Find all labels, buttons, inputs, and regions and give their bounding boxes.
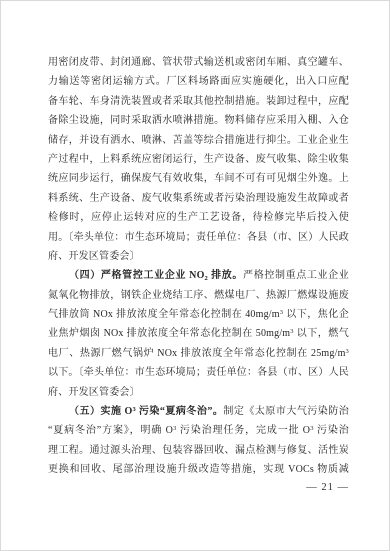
text-line: 备车轮、车身清洗装置或者采取其他控制措施。装卸过程中，应配: [48, 92, 349, 111]
text-segment: 以下。〔牵头单位：市生态环境局；责任单位：各县（市、区）人民政: [48, 367, 349, 382]
text-segment: 污染治理任务，完成一批 O: [177, 425, 311, 436]
text-line: 料系统、生产设备、废气收集系统或者污染治理设施发生故障或者: [48, 189, 349, 208]
text-line: 理工程。通过源头治理、包装容器回收、漏点检测与修复、活性炭: [48, 441, 349, 460]
text-segment: 产过程中，上料系统应密闭运行，生产设备、废气收集、除尘收集系: [48, 154, 349, 169]
text-line: 府、开发区管委会〕: [48, 383, 349, 402]
text-segment: 更换和回收、尾部治理设施升级改造等措施，实现 VOCs 物质减: [48, 464, 349, 475]
text-segment: 3: [346, 348, 349, 355]
text-segment: 制定《太原市大气污染防治: [223, 406, 349, 417]
text-segment: 府、开发区管委会〕: [48, 251, 140, 262]
text-line: （四）严格管控工业企业 NO2 排放。严格控制重点工业企业: [48, 266, 349, 285]
text-segment: （四）严格管控工业企业 NO: [69, 270, 205, 281]
text-line: 府、开发区管委会〕: [48, 247, 349, 266]
text-segment: 备除尘设施，同时采取洒水喷淋措施。物料储存应采用入棚、入仓: [48, 115, 349, 126]
text-segment: 力输送等密闭运输方式。厂区料场路面应实施硬化，出入口应配: [48, 76, 349, 87]
text-segment: 用密闭皮带、封闭通廊、管状带式输送机或密闭车厢、真空罐车、气: [48, 57, 349, 72]
document-page: 用密闭皮带、封闭通廊、管状带式输送机或密闭车厢、真空罐车、气力输送等密闭运输方式…: [0, 0, 390, 551]
text-line: 力输送等密闭运输方式。厂区料场路面应实施硬化，出入口应配: [48, 72, 349, 91]
text-segment: 备车轮、车身清洗装置或者采取其他控制措施。装卸过程中，应配: [48, 96, 349, 107]
text-segment: 严格控制重点工业企业: [243, 270, 349, 281]
text-segment: 以下，焦化企: [283, 309, 349, 320]
text-segment: 用。〔牵头单位：市生态环境局；责任单位：各县（市、区）人民政: [48, 232, 349, 243]
text-segment: 理工程。通过源头治理、包装容器回收、漏点检测与修复、活性炭: [48, 445, 349, 456]
text-line: 统应同步运行，确保废气有效收集，车间不可有可见烟尘外逸。上: [48, 169, 349, 188]
text-line: 储存，并设有洒水、喷淋、苫盖等综合措施进行抑尘。工业企业生: [48, 131, 349, 150]
document-body: 用密闭皮带、封闭通廊、管状带式输送机或密闭车厢、真空罐车、气力输送等密闭运输方式…: [48, 53, 349, 480]
text-segment: 电厂、热源厂燃气锅炉 NOx 排放浓度全年常态化控制在 25mg/m: [48, 348, 346, 359]
text-line: 用。〔牵头单位：市生态环境局；责任单位：各县（市、区）人民政: [48, 228, 349, 247]
text-segment: 污染“夏病冬治”。: [136, 406, 223, 417]
text-segment: 气排放筒 NOx 排放浓度全年常态化控制在 40mg/m: [48, 309, 280, 320]
text-line: 产过程中，上料系统应密闭运行，生产设备、废气收集、除尘收集系: [48, 150, 349, 169]
text-segment: 业焦炉烟囱 NOx 排放浓度全年常态化控制在 50mg/m: [48, 328, 290, 339]
text-segment: 料系统、生产设备、废气收集系统或者污染治理设施发生故障或者: [48, 193, 349, 204]
text-line: 检修时，应停止运转对应的生产工艺设备，待检修完毕后投入使: [48, 208, 349, 227]
text-segment: 污染治: [314, 425, 349, 436]
text-segment: 统应同步运行，确保废气有效收集，车间不可有可见烟尘外逸。上: [48, 173, 349, 184]
text-line: 备除尘设施，同时采取洒水喷淋措施。物料储存应采用入棚、入仓: [48, 111, 349, 130]
text-line: 以下。〔牵头单位：市生态环境局；责任单位：各县（市、区）人民政: [48, 363, 349, 382]
text-line: 更换和回收、尾部治理设施升级改造等措施，实现 VOCs 物质减: [48, 460, 349, 479]
text-line: 业焦炉烟囱 NOx 排放浓度全年常态化控制在 50mg/m3 以下，燃气: [48, 324, 349, 343]
text-line: 气排放筒 NOx 排放浓度全年常态化控制在 40mg/m3 以下，焦化企: [48, 305, 349, 324]
text-segment: “夏病冬治”方案》，明确 O: [48, 425, 173, 436]
text-line: 用密闭皮带、封闭通廊、管状带式输送机或密闭车厢、真空罐车、气: [48, 53, 349, 72]
text-segment: 储存，并设有洒水、喷淋、苫盖等综合措施进行抑尘。工业企业生: [48, 135, 349, 146]
text-segment: （五）实施 O: [69, 406, 132, 417]
text-line: 电厂、热源厂燃气锅炉 NOx 排放浓度全年常态化控制在 25mg/m3: [48, 344, 349, 363]
text-segment: 检修时，应停止运转对应的生产工艺设备，待检修完毕后投入使: [48, 212, 349, 223]
page-number: — 21 —: [48, 478, 349, 497]
text-segment: 府、开发区管委会〕: [48, 387, 140, 398]
text-segment: 排放。: [208, 270, 243, 281]
text-segment: 氮氧化物排放，钢铁企业烧结工序、燃煤电厂、热源厂燃煤设施废: [48, 290, 349, 301]
text-line: 氮氧化物排放，钢铁企业烧结工序、燃煤电厂、热源厂燃煤设施废: [48, 286, 349, 305]
text-line: （五）实施 O3 污染“夏病冬治”。制定《太原市大气污染防治: [48, 402, 349, 421]
text-line: “夏病冬治”方案》，明确 O3 污染治理任务，完成一批 O3 污染治: [48, 421, 349, 440]
text-segment: 以下，燃气: [294, 328, 349, 339]
